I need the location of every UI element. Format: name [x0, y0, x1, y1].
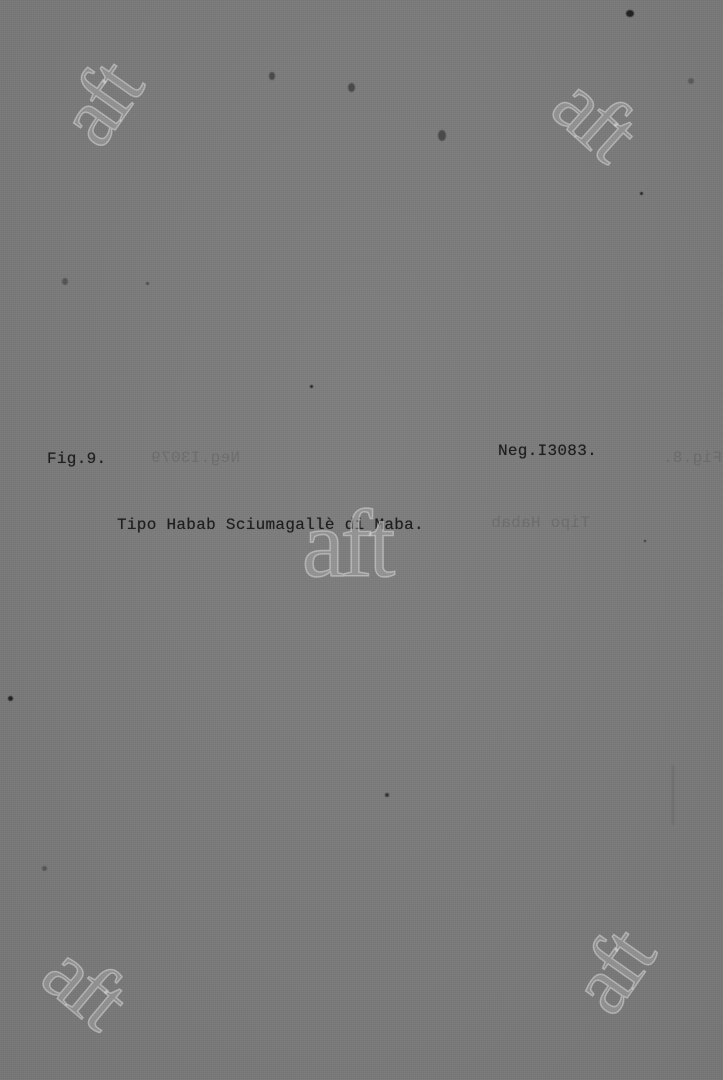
watermark-bottom-right: aft — [556, 917, 669, 1028]
show-through-right: Fig.8. — [663, 449, 722, 467]
dust-speck — [644, 540, 646, 542]
dust-speck — [269, 72, 275, 80]
watermark-top-left: aft — [44, 49, 157, 160]
dust-speck — [310, 385, 313, 388]
dust-speck — [688, 78, 694, 84]
dust-speck — [8, 696, 13, 701]
document-card: Neg.I3079 Fig.8. Tipo Habab Fig.9. Neg.I… — [0, 0, 723, 1080]
dust-speck — [385, 793, 389, 797]
watermark-top-right: aft — [538, 61, 651, 175]
dust-speck — [626, 10, 634, 17]
dust-speck — [438, 130, 446, 141]
dust-speck — [62, 278, 68, 285]
show-through-left: Neg.I3079 — [151, 449, 240, 467]
dust-speck — [640, 192, 643, 195]
watermark-bottom-left: aft — [28, 929, 141, 1043]
dust-speck — [348, 83, 355, 92]
negative-number: Neg.I3083. — [498, 442, 597, 460]
watermark-center: aft — [302, 496, 391, 592]
dust-speck — [42, 866, 47, 871]
show-through-caption: Tipo Habab — [491, 514, 590, 532]
scratch-mark — [672, 765, 674, 825]
dust-speck — [146, 282, 149, 285]
figure-label: Fig.9. — [47, 450, 106, 468]
